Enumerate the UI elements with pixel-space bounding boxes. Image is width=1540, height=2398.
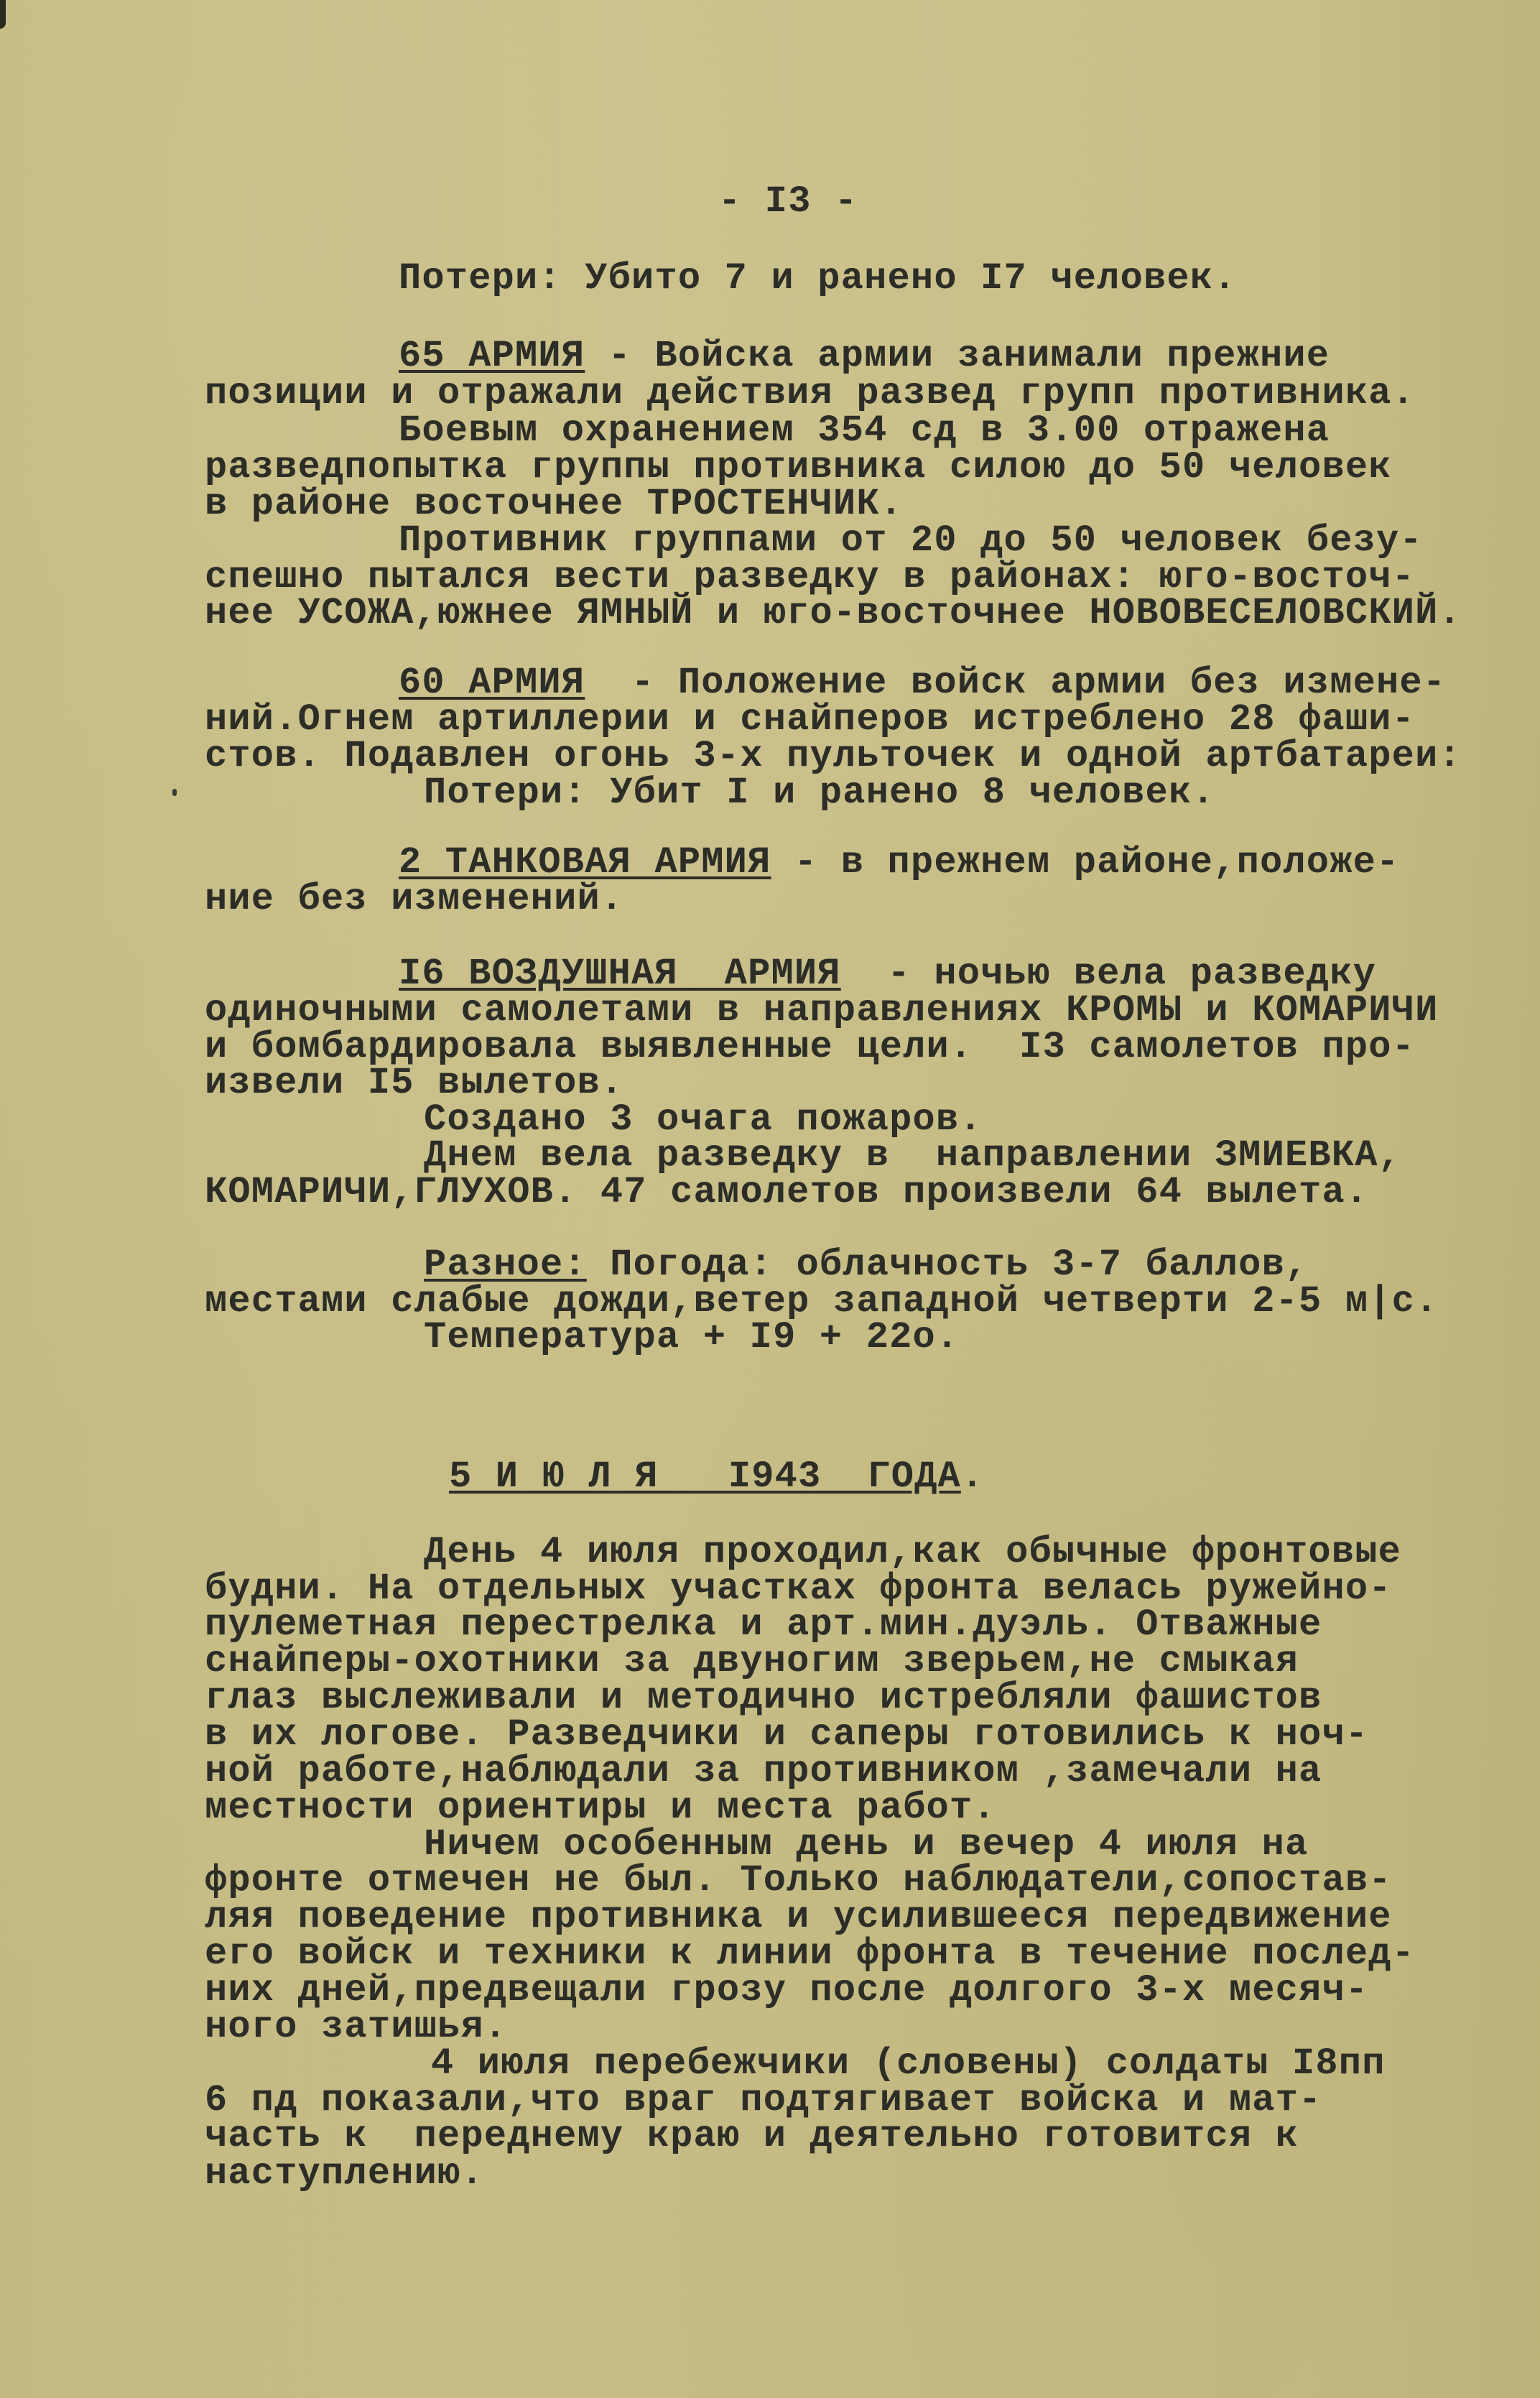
misc-line: Температура + I9 + 22о.	[424, 1319, 959, 1356]
air-army-line: Днем вела разведку в направлении ЗМИЕВКА…	[424, 1137, 1401, 1175]
margin-punch-mark	[172, 789, 177, 796]
date-heading-period: .	[961, 1455, 984, 1498]
army-65-heading: 65 АРМИЯ	[399, 335, 585, 377]
army-65-line: в районе восточнее ТРОСТЕНЧИК.	[205, 486, 903, 523]
narrative-line: в их логове. Разведчики и саперы готовил…	[205, 1716, 1368, 1754]
page-number: - I3 -	[718, 183, 858, 221]
narrative-line: Ничем особенным день и вечер 4 июля на	[424, 1826, 1308, 1864]
army-65-paragraph-start: 65 АРМИЯ - Войска армии занимали прежние	[399, 338, 1330, 375]
misc-paragraph-start: Разное: Погода: облачность 3-7 баллов,	[424, 1246, 1308, 1284]
army-65-text: - Войска армии занимали прежние	[585, 335, 1330, 377]
army-65-line: спешно пытался вести разведку в районах:…	[205, 559, 1415, 596]
narrative-line: ной работе,наблюдали за противником ,зам…	[205, 1753, 1322, 1790]
army-65-line: разведпопытка группы противника силою до…	[205, 449, 1392, 486]
army-65-line: Противник группами от 20 до 50 человек б…	[399, 522, 1423, 560]
narrative-line: глаз выслеживали и методично истребляли …	[205, 1680, 1322, 1717]
army-60-paragraph-start: 60 АРМИЯ - Положение войск армии без изм…	[399, 665, 1446, 702]
tank-army-paragraph-start: 2 ТАНКОВАЯ АРМИЯ - в прежнем районе,поло…	[399, 844, 1399, 881]
narrative-line: фронте отмечен не был. Только наблюдател…	[205, 1862, 1392, 1899]
air-army-line: и бомбардировала выявленные цели. I3 сам…	[205, 1029, 1415, 1066]
misc-line: местами слабые дожди,ветер западной четв…	[205, 1283, 1438, 1320]
narrative-line: 6 пд показали,что враг подтягивает войск…	[205, 2082, 1322, 2119]
narrative-line: его войск и техники к линии фронта в теч…	[205, 1935, 1415, 1973]
air-army-line: КОМАРИЧИ,ГЛУХОВ. 47 самолетов произвели …	[205, 1174, 1368, 1211]
narrative-line: День 4 июля проходил,как обычные фронтов…	[424, 1534, 1401, 1571]
narrative-line: них дней,предвещали грозу после долгого …	[205, 1972, 1368, 2009]
tank-army-text: - в прежнем районе,положе-	[771, 841, 1399, 884]
narrative-line: пулеметная перестрелка и арт.мин.дуэль. …	[205, 1606, 1322, 1644]
archival-document-page: - I3 - Потери: Убито 7 и ранено I7 челов…	[0, 0, 1540, 2398]
army-65-line: позиции и отражали действия развед групп…	[205, 375, 1415, 412]
narrative-line: часть к переднему краю и деятельно готов…	[205, 2118, 1299, 2155]
date-heading-text: 5 И Ю Л Я I943 ГОДА	[449, 1455, 961, 1498]
narrative-line: снайперы-охотники за двуногим зверьем,не…	[205, 1643, 1299, 1680]
air-army-line: одиночными самолетами в направлениях КРО…	[205, 992, 1438, 1029]
losses-line: Потери: Убито 7 и ранено I7 человек.	[399, 260, 1237, 297]
date-heading: 5 И Ю Л Я I943 ГОДА.	[449, 1458, 984, 1496]
army-65-line: Боевым охранением 354 сд в 3.00 отражена	[399, 412, 1330, 450]
army-60-line: ний.Огнем артиллерии и снайперов истребл…	[205, 701, 1415, 739]
narrative-line: ного затишья.	[205, 2009, 507, 2046]
army-65-line: нее УСОЖА,южнее ЯМНЫЙ и юго-восточнее НО…	[205, 595, 1462, 632]
air-army-paragraph-start: I6 ВОЗДУШНАЯ АРМИЯ - ночью вела разведку	[399, 955, 1376, 993]
scan-corner-shadow	[0, 0, 6, 29]
narrative-line: наступлению.	[205, 2155, 484, 2193]
narrative-line: местности ориентиры и места работ.	[205, 1790, 996, 1827]
tank-army-line: ние без изменений.	[205, 881, 623, 918]
army-60-line: Потери: Убит I и ранено 8 человек.	[424, 774, 1215, 812]
air-army-line: извели I5 вылетов.	[205, 1065, 623, 1102]
army-60-line: стов. Подавлен огонь 3-х пульточек и одн…	[205, 738, 1462, 775]
narrative-line: 4 июля перебежчики (словены) солдаты I8п…	[431, 2045, 1386, 2083]
narrative-line: ляя поведение противника и усилившееся п…	[205, 1899, 1392, 1936]
narrative-line: будни. На отдельных участках фронта вела…	[205, 1570, 1392, 1608]
air-army-line: Создано 3 очага пожаров.	[424, 1101, 983, 1139]
